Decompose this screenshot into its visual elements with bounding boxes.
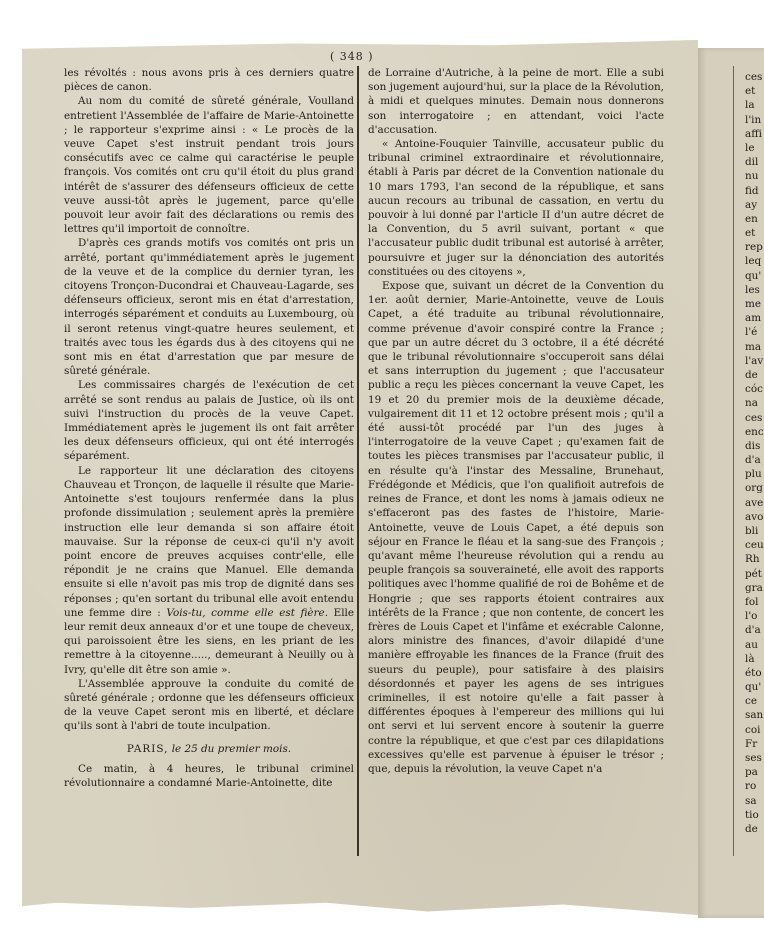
fragment-line: le (745, 141, 764, 155)
fragment-line: coi (745, 723, 764, 737)
fragment-line: gra (745, 581, 764, 595)
right-column-fragments: cesetlal'inaffiledilnufidayenetrepleqqu'… (745, 70, 764, 836)
fragment-line: dis (745, 439, 764, 453)
fragment-line: au (745, 638, 764, 652)
fragment-line: na (745, 396, 764, 410)
fragment-line: ces (745, 411, 764, 425)
paragraph: Expose que, suivant un décret de la Conv… (368, 279, 664, 776)
fragment-line: leq (745, 254, 764, 268)
paragraph: Au nom du comité de sûreté générale, Vou… (64, 94, 354, 236)
fragment-line: éto (745, 666, 764, 680)
fragment-line: me (745, 297, 764, 311)
middle-column: de Lorraine d'Autriche, à la peine de mo… (368, 66, 664, 776)
fragment-line: la (745, 98, 764, 112)
fragment-line: et (745, 84, 764, 98)
fragment-line: les (745, 283, 764, 297)
fragment-line: sa (745, 794, 764, 808)
paragraph-text: Le rapporteur lit une déclaration des ci… (64, 465, 354, 619)
fragment-line: affi (745, 127, 764, 141)
fragment-line: de (745, 368, 764, 382)
column-rule (357, 66, 359, 856)
fragment-line: qu' (745, 680, 764, 694)
paragraph: de Lorraine d'Autriche, à la peine de mo… (368, 66, 664, 137)
dateline: PARIS, le 25 du premier mois. (64, 742, 354, 756)
fragment-line: Fr (745, 737, 764, 751)
fragment-line: ave (745, 496, 764, 510)
paragraph: Ce matin, à 4 heures, le tribunal crimin… (64, 762, 354, 790)
fragment-line: tio (745, 808, 764, 822)
fragment-line: pa (745, 765, 764, 779)
fragment-line: d'a (745, 453, 764, 467)
fragment-line: Rh (745, 552, 764, 566)
fragment-line: là (745, 652, 764, 666)
fragment-line: l'o (745, 609, 764, 623)
fragment-line: ay (745, 198, 764, 212)
fragment-line: l'in (745, 113, 764, 127)
paragraph: Les commissaires chargés de l'exécution … (64, 378, 354, 463)
fragment-line: ro (745, 779, 764, 793)
fragment-line: bli (745, 524, 764, 538)
dateline-city: PARIS, (127, 743, 169, 755)
fragment-line: enc (745, 425, 764, 439)
fragment-line: qu' (745, 269, 764, 283)
dateline-date: le 25 du premier mois. (168, 743, 291, 755)
fragment-line: de (745, 822, 764, 836)
fragment-line: l'av (745, 354, 764, 368)
paragraph: « Antoine-Fouquier Tainville, accusateur… (368, 137, 664, 279)
page-number: ( 348 ) (330, 50, 374, 63)
fragment-line: et (745, 226, 764, 240)
fragment-line: ma (745, 340, 764, 354)
fragment-line: plu (745, 467, 764, 481)
fragment-line: am (745, 311, 764, 325)
fragment-line: dil (745, 155, 764, 169)
fragment-line: ce (745, 694, 764, 708)
fragment-line: cóc (745, 382, 764, 396)
fragment-line: fol (745, 595, 764, 609)
fragment-line: ses (745, 751, 764, 765)
fragment-line: ceu (745, 538, 764, 552)
fragment-line: avo (745, 510, 764, 524)
paragraph-with-quote: Le rapporteur lit une déclaration des ci… (64, 464, 354, 677)
paragraph: les révoltés : nous avons pris à ces der… (64, 66, 354, 94)
facing-page-column-rule (733, 66, 734, 856)
paragraph: L'Assemblée approuve la conduite du comi… (64, 677, 354, 734)
fragment-line: en (745, 212, 764, 226)
left-column: les révoltés : nous avons pris à ces der… (64, 66, 354, 790)
fragment-line: fid (745, 184, 764, 198)
italic-quote: Vois-tu, comme elle est fière. (166, 607, 328, 619)
fragment-line: l'é (745, 325, 764, 339)
paragraph: D'après ces grands motifs vos comités on… (64, 236, 354, 378)
fragment-line: org (745, 481, 764, 495)
fragment-line: nu (745, 169, 764, 183)
fragment-line: ces (745, 70, 764, 84)
fragment-line: d'a (745, 623, 764, 637)
fragment-line: pét (745, 567, 764, 581)
fragment-line: san (745, 708, 764, 722)
fragment-line: rep (745, 240, 764, 254)
